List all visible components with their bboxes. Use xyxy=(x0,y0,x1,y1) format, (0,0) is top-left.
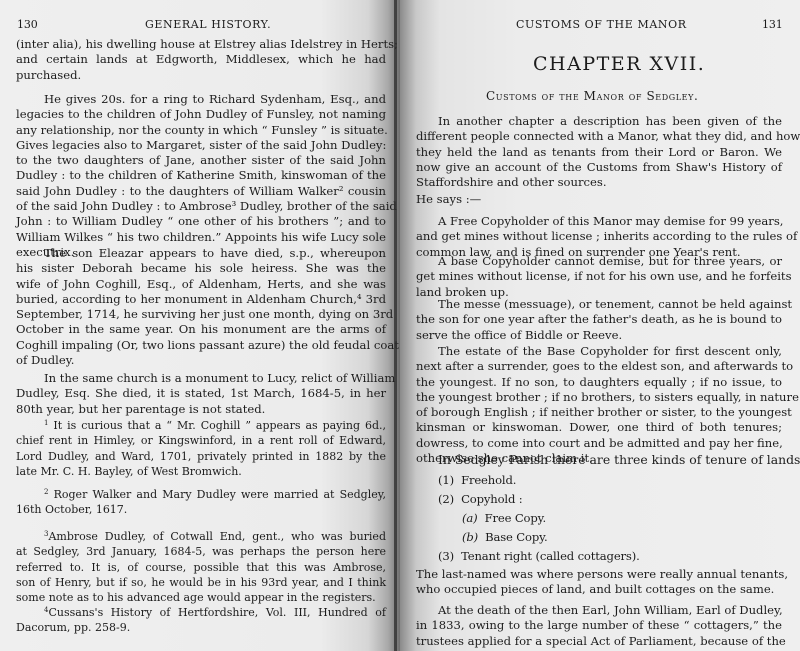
paragraph: A base Copyholder cannot demise, but for… xyxy=(416,254,782,300)
text-line: referred to. It is, of course, possible … xyxy=(16,560,386,575)
text-line: now give an account of the Customs from … xyxy=(416,160,782,175)
footnote-text: Ambrose Dudley, of Cotwall End, gent., w… xyxy=(48,530,386,543)
footnote-marker: 2 xyxy=(44,488,48,496)
list-text: Base Copy. xyxy=(485,530,547,544)
text-line: 2 Roger Walker and Mary Dudley were marr… xyxy=(16,487,386,502)
text-line: 16th October, 1617. xyxy=(16,502,386,517)
text-line: The son Eleazar appears to have died, s.… xyxy=(16,246,386,261)
text-line: (inter alia), his dwelling house at Elst… xyxy=(16,37,386,52)
text-line: A base Copyholder cannot demise, but for… xyxy=(416,254,782,269)
footnote: 3Ambrose Dudley, of Cotwall End, gent., … xyxy=(16,529,386,605)
text-line: trustees applied for a special Act of Pa… xyxy=(416,634,782,649)
text-line: any relationship, nor the county in whic… xyxy=(16,123,386,138)
text-line: Coghill impaling (Or, two lions passant … xyxy=(16,338,386,353)
list-item: (1) Freehold. xyxy=(438,473,516,488)
text-line: of the said John Dudley : to Ambrose³ Du… xyxy=(16,199,386,214)
left-page: 130 GENERAL HISTORY. (inter alia), his d… xyxy=(0,0,400,651)
text-line: The last-named was where persons were re… xyxy=(416,567,782,582)
list-text: Free Copy. xyxy=(485,511,546,525)
chapter-title: CHAPTER XVII. xyxy=(533,57,705,72)
text-line: September, 1714, he surviving her just o… xyxy=(16,307,386,322)
paragraph: The estate of the Base Copyholder for fi… xyxy=(416,344,782,466)
text-line: the youngest brother ; if no brothers, t… xyxy=(416,390,782,405)
paragraph: He says :— xyxy=(416,192,782,207)
list-text: Copyhold : xyxy=(461,492,523,506)
text-line: at Sedgley, 3rd January, 1684-5, was per… xyxy=(16,544,386,559)
text-line: chief rent in Himley, or Kingswinford, i… xyxy=(16,433,386,448)
text-line: different people connected with a Manor,… xyxy=(416,129,782,144)
text-line: they held the land as tenants from their… xyxy=(416,145,782,160)
text-line: of borough English ; if neither brother … xyxy=(416,405,782,420)
list-item: (3) Tenant right (called cottagers). xyxy=(438,549,640,564)
text-line: He says :— xyxy=(416,192,782,207)
text-line: October in the same year. On his monumen… xyxy=(16,322,386,337)
text-line: buried, according to her monument in Ald… xyxy=(16,292,386,307)
text-line: purchased. xyxy=(16,68,386,83)
text-line: 1 It is curious that a “ Mr. Coghill ” a… xyxy=(16,418,386,433)
text-line: some note as to his advanced age would a… xyxy=(16,590,386,605)
paragraph: He gives 20s. for a ring to Richard Syde… xyxy=(16,92,386,260)
footnote-marker: 1 xyxy=(44,419,48,427)
text-line: serve the office of Biddle or Reeve. xyxy=(416,328,782,343)
running-head: CUSTOMS OF THE MANOR xyxy=(516,17,687,32)
text-line: kinsman or kinswoman. Dower, one third o… xyxy=(416,420,782,435)
list-item: (2) Copyhold : xyxy=(438,492,523,507)
text-line: He gives 20s. for a ring to Richard Syde… xyxy=(16,92,386,107)
text-line: John : to William Dudley “ one other of … xyxy=(16,214,386,229)
footnote: 4Cussans's History of Hertfordshire, Vol… xyxy=(16,605,386,636)
list-item: (b) Base Copy. xyxy=(462,530,548,545)
text-line: Gives legacies also to Margaret, sister … xyxy=(16,138,386,153)
text-line: Lord Dudley, and Ward, 1701, privately p… xyxy=(16,449,386,464)
list-label: (3) xyxy=(438,549,454,563)
text-line: and get mines without license ; inherits… xyxy=(416,229,782,244)
text-line: next after a surrender, goes to the elde… xyxy=(416,359,782,374)
paragraph: In the same church is a monument to Lucy… xyxy=(16,371,386,417)
paragraph: In another chapter a description has bee… xyxy=(416,114,782,190)
running-head: GENERAL HISTORY. xyxy=(145,17,271,32)
list-text: Tenant right (called cottagers). xyxy=(461,549,640,563)
book-spine xyxy=(394,0,397,651)
list-text: Freehold. xyxy=(461,473,516,487)
text-line: Dacorum, pp. 258-9. xyxy=(16,620,386,635)
text-line: A Free Copyholder of this Manor may demi… xyxy=(416,214,782,229)
footnote-text: Cussans's History of Hertfordshire, Vol.… xyxy=(48,606,386,619)
text-line: 4Cussans's History of Hertfordshire, Vol… xyxy=(16,605,386,620)
list-label: (b) xyxy=(462,530,478,544)
paragraph: (inter alia), his dwelling house at Elst… xyxy=(16,37,386,83)
footnote-text: Roger Walker and Mary Dudley were marrie… xyxy=(54,488,386,501)
list-item: (a) Free Copy. xyxy=(462,511,546,526)
page-number: 130 xyxy=(17,17,38,32)
paragraph: A Free Copyholder of this Manor may demi… xyxy=(416,214,782,260)
footnote-text: It is curious that a “ Mr. Coghill ” app… xyxy=(53,419,386,432)
paragraph: The last-named was where persons were re… xyxy=(416,567,782,598)
text-line: his sister Deborah became his sole heire… xyxy=(16,261,386,276)
text-line: 3Ambrose Dudley, of Cotwall End, gent., … xyxy=(16,529,386,544)
text-line: the son for one year after the father's … xyxy=(416,312,782,327)
text-line: get mines without license, if not for hi… xyxy=(416,269,782,284)
text-line: who occupied pieces of land, and built c… xyxy=(416,582,782,597)
text-line: in 1833, owing to the large number of th… xyxy=(416,618,782,633)
text-line: At the death of the then Earl, John Will… xyxy=(416,603,782,618)
text-line: In the same church is a monument to Lucy… xyxy=(16,371,386,386)
list-label: (1) xyxy=(438,473,454,487)
text-line: In Sedgley Parish there are three kinds … xyxy=(416,452,782,467)
text-line: and certain lands at Edgworth, Middlesex… xyxy=(16,52,386,67)
text-line: late Mr. C. H. Bayley, of West Bromwich. xyxy=(16,464,386,479)
paragraph: The messe (messuage), or tenement, canno… xyxy=(416,297,782,343)
text-line: dowress, to come into court and be admit… xyxy=(416,436,782,451)
text-line: son of Henry, but if so, he would be in … xyxy=(16,575,386,590)
text-line: of Dudley. xyxy=(16,353,386,368)
footnote: 1 It is curious that a “ Mr. Coghill ” a… xyxy=(16,418,386,479)
text-line: to the two daughters of Jane, another si… xyxy=(16,153,386,168)
text-line: The estate of the Base Copyholder for fi… xyxy=(416,344,782,359)
page-number: 131 xyxy=(762,17,783,32)
text-line: the youngest. If no son, to daughters eq… xyxy=(416,375,782,390)
footnote: 2 Roger Walker and Mary Dudley were marr… xyxy=(16,487,386,518)
text-line: said John Dudley : to the daughters of W… xyxy=(16,184,386,199)
text-line: wife of John Coghill, Esq., of Aldenham,… xyxy=(16,277,386,292)
chapter-subtitle: Customs of the Manor of Sedgley. xyxy=(486,89,698,104)
text-line: Dudley, Esq. She died, it is stated, 1st… xyxy=(16,386,386,401)
text-line: 80th year, but her parentage is not stat… xyxy=(16,402,386,417)
text-line: legacies to the children of John Dudley … xyxy=(16,107,386,122)
list-label: (2) xyxy=(438,492,454,506)
text-line: In another chapter a description has bee… xyxy=(416,114,782,129)
paragraph: The son Eleazar appears to have died, s.… xyxy=(16,246,386,368)
text-line: William Wilkes “ his two children.” Appo… xyxy=(16,230,386,245)
paragraph: At the death of the then Earl, John Will… xyxy=(416,603,782,649)
paragraph: In Sedgley Parish there are three kinds … xyxy=(416,452,782,467)
text-line: The messe (messuage), or tenement, canno… xyxy=(416,297,782,312)
text-line: Dudley : to the children of Katherine Sm… xyxy=(16,168,386,183)
list-label: (a) xyxy=(462,511,478,525)
text-line: Staffordshire and other sources. xyxy=(416,175,782,190)
